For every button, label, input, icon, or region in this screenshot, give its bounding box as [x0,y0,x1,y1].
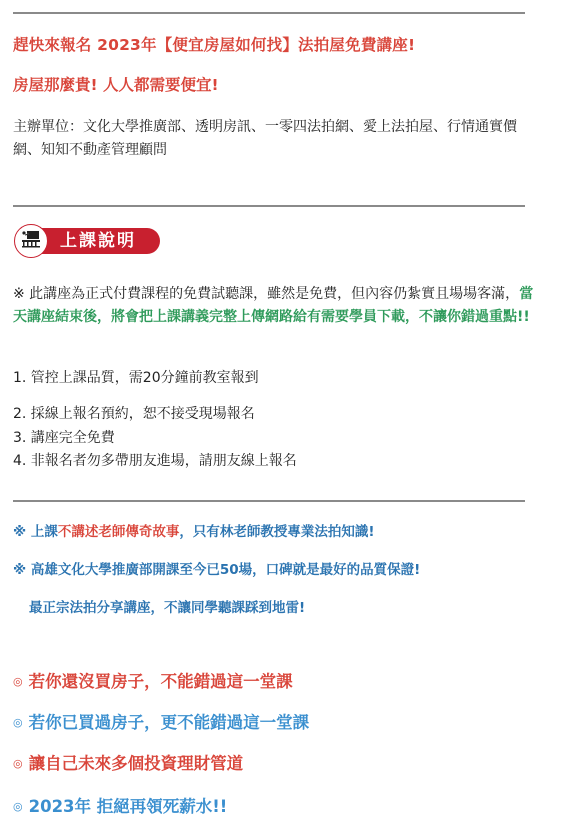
divider-top [13,12,525,14]
callout-text: 若你還沒買房子，不能錯過這一堂課 [29,672,293,691]
callout-3: ◎讓自己未來多個投資理財管道 [13,750,243,774]
organizers-list: 文化大學推廣部、透明房訊、一零四法拍網、愛上法拍屋、行情通實價網、知知不動產管理… [13,119,517,158]
callout-text: 若你已買過房子，更不能錯過這一堂課 [29,713,310,732]
bullet-icon: ◎ [13,716,23,729]
organizers: 主辦單位：文化大學推廣部、透明房訊、一零四法拍網、愛上法拍屋、行情通實價網、知知… [13,116,533,162]
promo-line-1: ※ 上課不講述老師傳奇故事，只有林老師教授專業法拍知識! [13,520,375,540]
callout-1: ◎若你還沒買房子，不能錯過這一堂課 [13,668,293,692]
promo-1-suffix: ，只有林老師教授專業法拍知識! [179,524,374,540]
callout-text: 2023年 拒絕再領死薪水!! [29,797,228,816]
rule-item-4: 4. 非報名者勿多帶朋友進場，請朋友線上報名 [13,450,297,470]
promo-1-highlight: 不講述老師傳奇故事 [58,524,180,540]
bullet-icon: ◎ [13,757,23,770]
course-note: ※ 此講座為正式付費課程的免費試聽課，雖然是免費，但內容仍紮實且場場客滿，當天講… [13,283,538,329]
banner-icon-circle [14,224,48,258]
callout-2: ◎若你已買過房子，更不能錯過這一堂課 [13,709,309,733]
bullet-icon: ◎ [13,675,23,688]
callout-4: ◎2023年 拒絕再領死薪水!! [13,793,227,817]
callout-text: 讓自己未來多個投資理財管道 [29,754,244,773]
banner-label: 上課說明 [60,228,136,254]
event-subtitle: 房屋那麼貴! 人人都需要便宜! [13,73,219,95]
rule-item-3: 3. 講座完全免費 [13,427,115,447]
organizers-label: 主辦單位： [13,119,83,135]
divider-promo [13,500,525,502]
event-title: 趕快來報名 2023年【便宜房屋如何找】法拍屋免費講座! [13,33,415,55]
promo-line-2: ※ 高雄文化大學推廣部開課至今已50場，口碑就是最好的品質保證! [13,558,420,578]
note-text: ※ 此講座為正式付費課程的免費試聽課，雖然是免費，但內容仍紮實且場場客滿， [13,286,519,302]
rule-item-2: 2. 採線上報名預約，恕不接受現場報名 [13,403,255,423]
section-banner: 上課說明 [14,224,164,260]
rule-item-1: 1. 管控上課品質，需20分鐘前教室報到 [13,367,259,387]
promo-line-3: 最正宗法拍分享講座，不讓同學聽課踩到地雷! [29,596,305,616]
divider-section [13,205,525,207]
bullet-icon: ◎ [13,800,23,813]
classroom-icon [21,230,41,252]
promo-1-prefix: ※ 上課 [13,524,58,540]
